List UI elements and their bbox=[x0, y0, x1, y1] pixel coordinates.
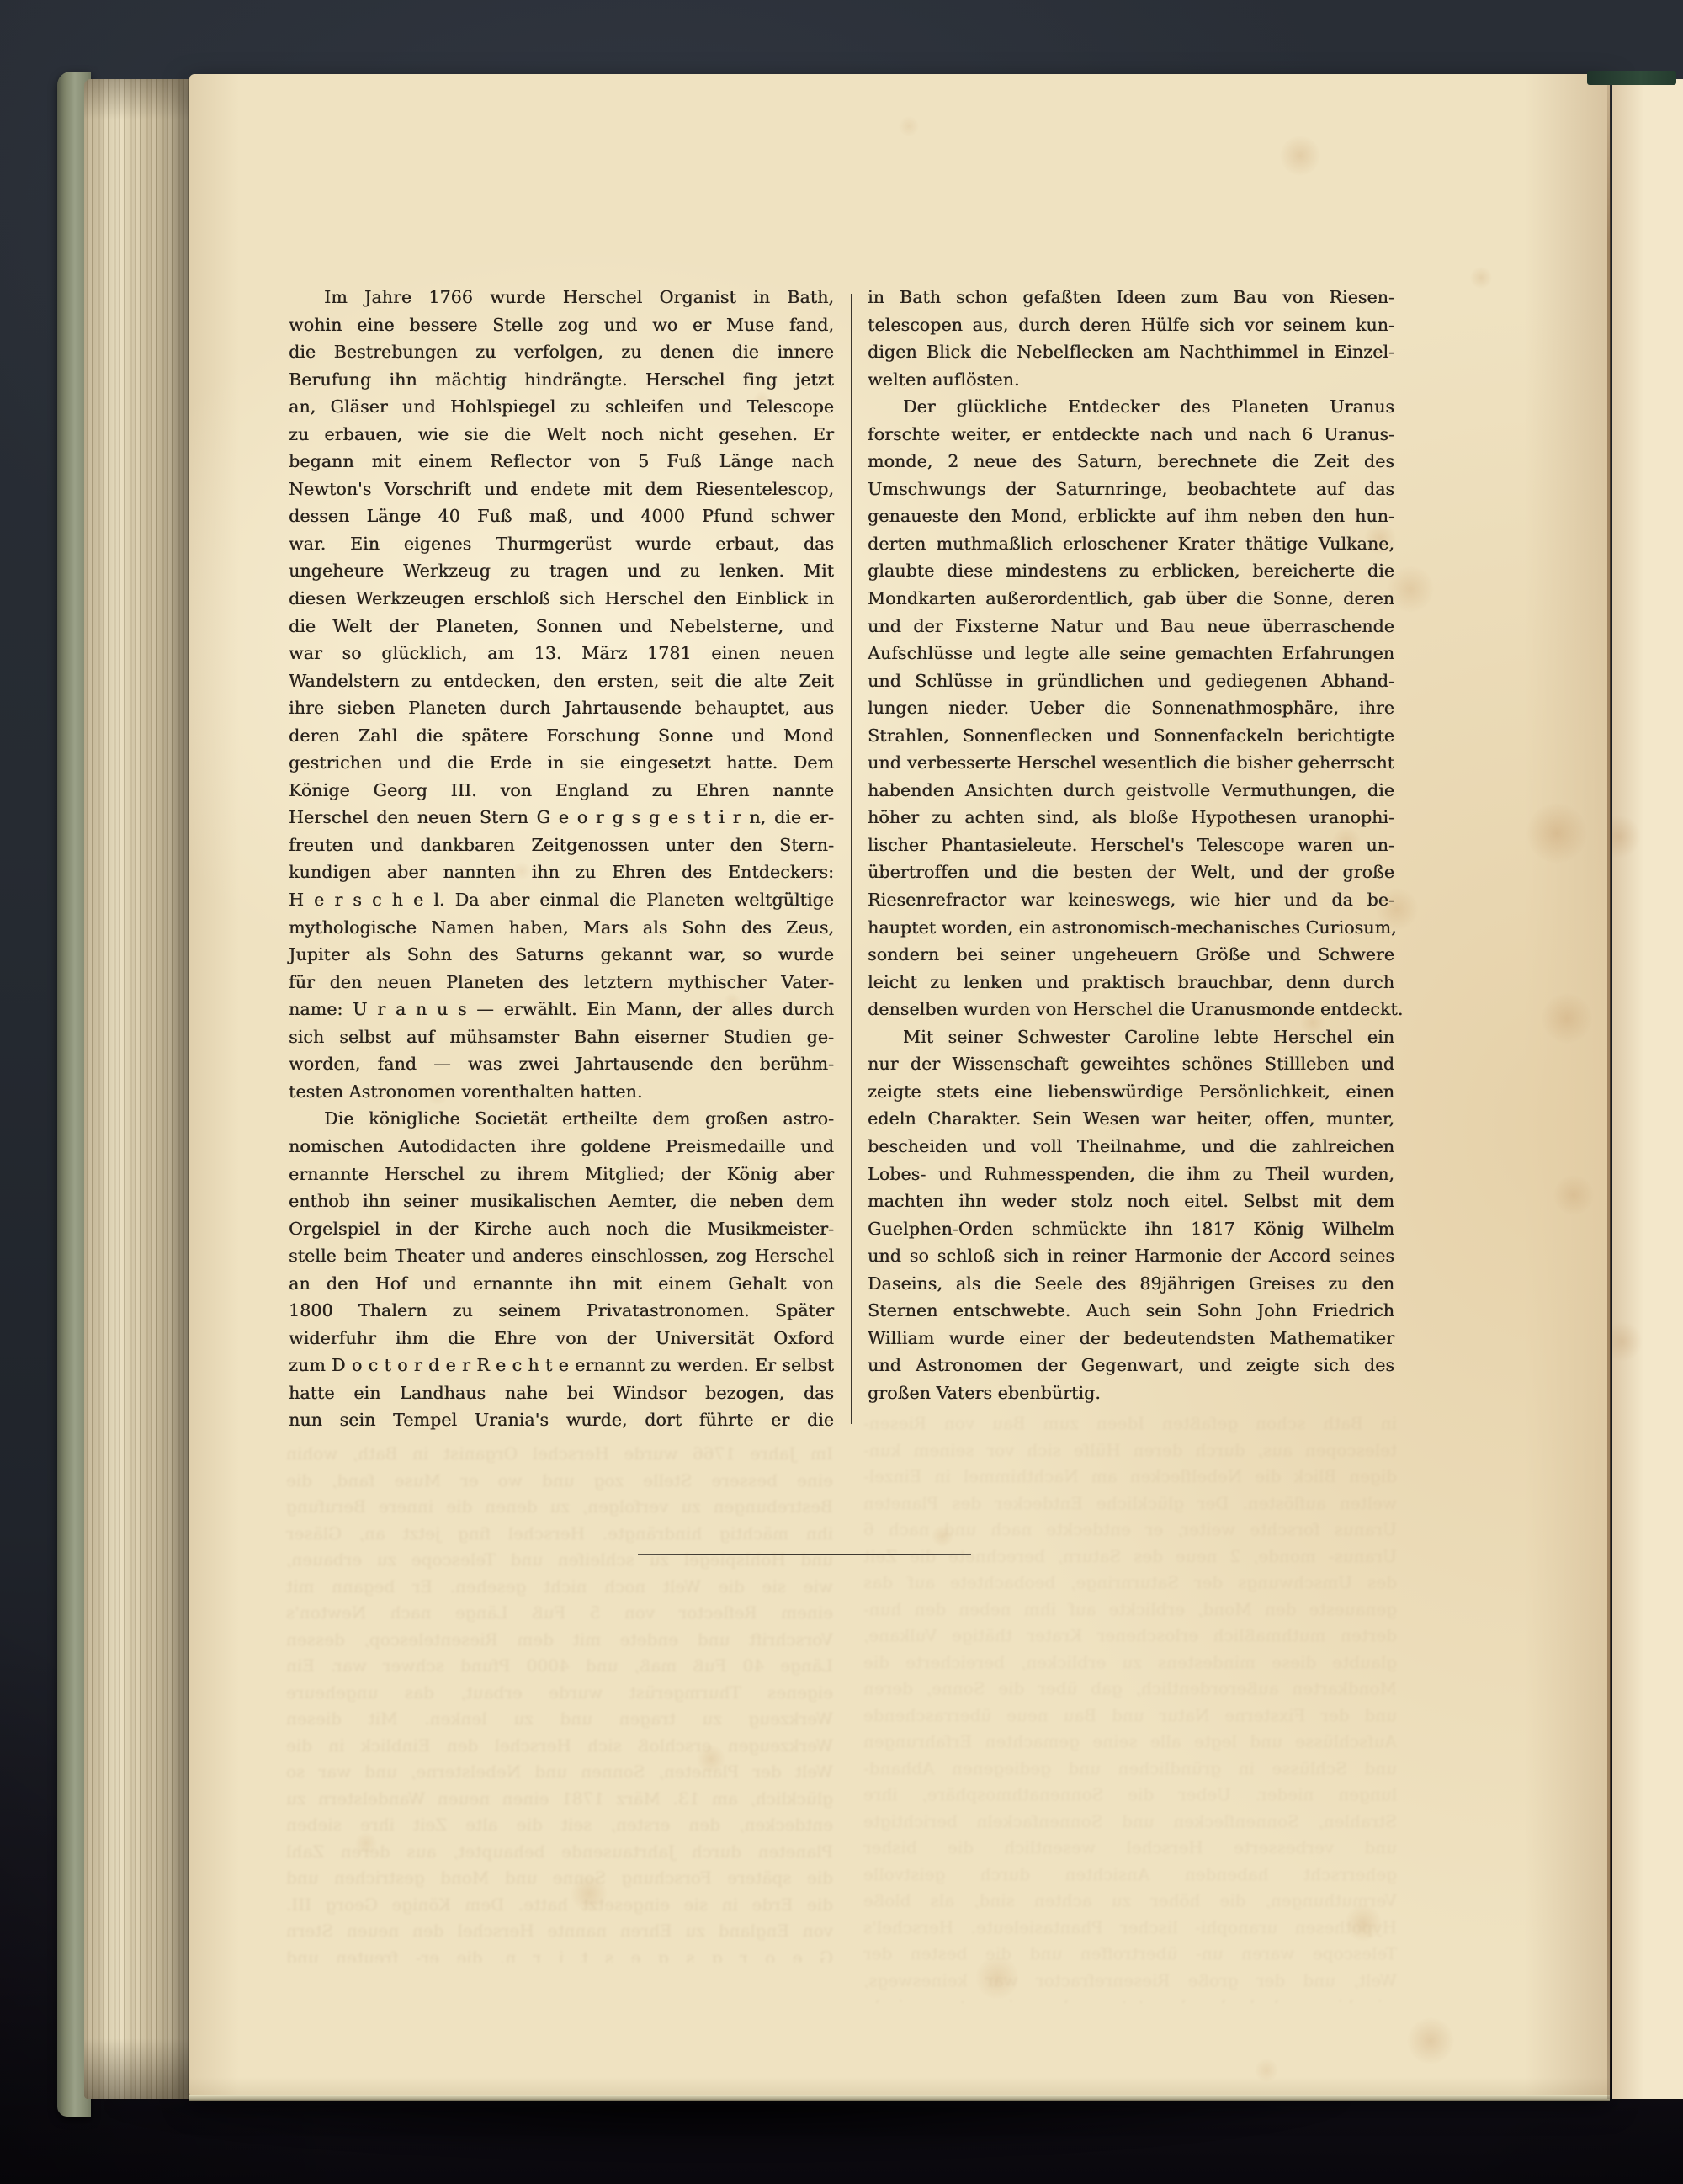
text-line: Wandelstern zu entdecken, den ersten, se… bbox=[289, 667, 834, 695]
text-line: mythologische Namen haben, Mars als Sohn… bbox=[289, 914, 834, 942]
text-line: und Astronomen der Gegenwart, und zeigte… bbox=[868, 1352, 1394, 1379]
text-line: die Bestrebungen zu verfolgen, zu denen … bbox=[289, 338, 834, 366]
text-line: begann mit einem Reflector von 5 Fuß Län… bbox=[289, 448, 834, 476]
text-line: großen Vaters ebenbürtig. bbox=[868, 1379, 1394, 1407]
binding-cloth-glimpse bbox=[1587, 71, 1676, 85]
text-line: leicht zu lenken und praktisch brauchbar… bbox=[868, 969, 1394, 996]
text-line: Daseins, als die Seele des 89jährigen Gr… bbox=[868, 1270, 1394, 1298]
text-line: wohin eine bessere Stelle zog und wo er … bbox=[289, 311, 834, 339]
text-line: Könige Georg III. von England zu Ehren n… bbox=[289, 777, 834, 805]
text-line: derten muthmaßlich erloschener Krater th… bbox=[868, 530, 1394, 558]
text-line: testen Astronomen vorenthalten hatten. bbox=[289, 1078, 834, 1106]
text-line: Mondkarten außerordentlich, gab über die… bbox=[868, 585, 1394, 613]
text-line: und der Fixsterne Natur und Bau neue übe… bbox=[868, 613, 1394, 640]
text-line: Berufung ihn mächtig hindrängte. Hersche… bbox=[289, 366, 834, 394]
text-line: übertroffen und die besten der Welt, und… bbox=[868, 858, 1394, 886]
page-bottom-edge bbox=[189, 2095, 1610, 2101]
text-line: kundigen aber nannten ihn zu Ehren des E… bbox=[289, 858, 834, 886]
text-line: für den neuen Planeten des letztern myth… bbox=[289, 969, 834, 996]
text-line: denselben wurden von Herschel die Uranus… bbox=[868, 996, 1394, 1023]
text-line: Newton's Vorschrift und endete mit dem R… bbox=[289, 476, 834, 503]
text-line: Lobes- und Ruhmesspenden, die ihm zu The… bbox=[868, 1161, 1394, 1188]
text-line: hauptet worden, ein astronomisch-mechani… bbox=[868, 914, 1394, 942]
text-line: Orgelspiel in der Kirche auch noch die M… bbox=[289, 1215, 834, 1243]
text-line: Aufschlüsse und legte alle seine gemacht… bbox=[868, 640, 1394, 667]
text-line: bescheiden und voll Theilnahme, und die … bbox=[868, 1133, 1394, 1161]
text-line: Strahlen, Sonnenflecken und Sonnenfackel… bbox=[868, 722, 1394, 750]
text-line: sich selbst auf mühsamster Bahn eiserner… bbox=[289, 1023, 834, 1051]
text-column-left: Im Jahre 1766 wurde Herschel Organist in… bbox=[289, 284, 834, 1434]
text-line: edeln Charakter. Sein Wesen war heiter, … bbox=[868, 1105, 1394, 1133]
text-line: hatte ein Landhaus nahe bei Windsor bezo… bbox=[289, 1379, 834, 1407]
text-line: war. Ein eigenes Thurmgerüst wurde erbau… bbox=[289, 530, 834, 558]
text-column-right: in Bath schon gefaßten Ideen zum Bau von… bbox=[868, 284, 1394, 1406]
text-line: sondern bei seiner ungeheuern Größe und … bbox=[868, 941, 1394, 969]
text-line: an den Hof und ernannte ihn mit einem Ge… bbox=[289, 1270, 834, 1298]
text-line: genaueste den Mond, erblickte auf ihm ne… bbox=[868, 502, 1394, 530]
text-line: digen Blick die Nebelflecken am Nachthim… bbox=[868, 338, 1394, 366]
text-line: welten auflösten. bbox=[868, 366, 1394, 394]
text-line: machten ihn weder stolz noch eitel. Selb… bbox=[868, 1188, 1394, 1215]
text-line: zu erbauen, wie sie die Welt noch nicht … bbox=[289, 421, 834, 449]
fore-edge-page-stack bbox=[84, 79, 192, 2099]
facing-page-sliver bbox=[1612, 79, 1683, 2099]
text-line: forschte weiter, er entdeckte nach und n… bbox=[868, 421, 1394, 449]
column-divider-rule bbox=[851, 294, 852, 1424]
text-line: Riesenrefractor war keineswegs, wie hier… bbox=[868, 886, 1394, 914]
text-line: enthob ihn seiner musikalischen Aemter, … bbox=[289, 1188, 834, 1215]
text-line: nomischen Autodidacten ihre goldene Prei… bbox=[289, 1133, 834, 1161]
text-line: und verbesserte Herschel wesentlich die … bbox=[868, 749, 1394, 777]
text-line: widerfuhr ihm die Ehre von der Universit… bbox=[289, 1325, 834, 1352]
text-line: höher zu achten sind, als bloße Hypothes… bbox=[868, 804, 1394, 832]
text-line: Die königliche Societät ertheilte dem gr… bbox=[289, 1105, 834, 1133]
section-end-rule bbox=[638, 1554, 971, 1555]
text-line: glaubte diese mindestens zu erblicken, b… bbox=[868, 557, 1394, 585]
text-line: Der glückliche Entdecker des Planeten Ur… bbox=[868, 393, 1394, 421]
text-line: Mit seiner Schwester Caroline lebte Hers… bbox=[868, 1023, 1394, 1051]
text-line: gestrichen und die Erde in sie eingesetz… bbox=[289, 749, 834, 777]
gutter-crease bbox=[1607, 81, 1611, 2099]
text-line: William wurde einer der bedeutendsten Ma… bbox=[868, 1325, 1394, 1352]
text-line: deren Zahl die spätere Forschung Sonne u… bbox=[289, 722, 834, 750]
text-line: ernannte Herschel zu ihrem Mitglied; der… bbox=[289, 1161, 834, 1188]
text-line: monde, 2 neue des Saturn, berechnete die… bbox=[868, 448, 1394, 476]
text-line: name: U r a n u s — erwählt. Ein Mann, d… bbox=[289, 996, 834, 1023]
text-line: zum D o c t o r d e r R e c h t e ernann… bbox=[289, 1352, 834, 1379]
text-line: nur der Wissenschaft geweihtes schönes S… bbox=[868, 1050, 1394, 1078]
text-line: zeigte stets eine liebenswürdige Persönl… bbox=[868, 1078, 1394, 1106]
text-line: habenden Ansichten durch geistvolle Verm… bbox=[868, 777, 1394, 805]
text-line: Umschwungs der Saturnringe, beobachtete … bbox=[868, 476, 1394, 503]
text-line: telescopen aus, durch deren Hülfe sich v… bbox=[868, 311, 1394, 339]
text-line: Guelphen-Orden schmückte ihn 1817 König … bbox=[868, 1215, 1394, 1243]
text-line: ihre sieben Planeten durch Jahrtausende … bbox=[289, 694, 834, 722]
text-line: und so schloß sich in reiner Harmonie de… bbox=[868, 1242, 1394, 1270]
text-line: 1800 Thalern zu seinem Privatastronomen.… bbox=[289, 1297, 834, 1325]
text-line: Sternen entschwebte. Auch sein Sohn John… bbox=[868, 1297, 1394, 1325]
text-line: die Welt der Planeten, Sonnen und Nebels… bbox=[289, 613, 834, 640]
text-line: worden, fand — was zwei Jahrtausende den… bbox=[289, 1050, 834, 1078]
text-line: diesen Werkzeugen erschloß sich Herschel… bbox=[289, 585, 834, 613]
text-line: lischer Phantasieleute. Herschel's Teles… bbox=[868, 832, 1394, 859]
text-line: war so glücklich, am 13. März 1781 einen… bbox=[289, 640, 834, 667]
text-line: und Schlüsse in gründlichen und gediegen… bbox=[868, 667, 1394, 695]
text-line: lungen nieder. Ueber die Sonnenathmosphä… bbox=[868, 694, 1394, 722]
text-line: H e r s c h e l. Da aber einmal die Plan… bbox=[289, 886, 834, 914]
text-line: Im Jahre 1766 wurde Herschel Organist in… bbox=[289, 284, 834, 311]
book-shadow bbox=[109, 2101, 1641, 2176]
text-line: ungeheure Werkzeug zu tragen und zu lenk… bbox=[289, 557, 834, 585]
text-line: nun sein Tempel Urania's wurde, dort füh… bbox=[289, 1406, 834, 1434]
text-line: freuten und dankbaren Zeitgenossen unter… bbox=[289, 832, 834, 859]
text-line: in Bath schon gefaßten Ideen zum Bau von… bbox=[868, 284, 1394, 311]
text-line: Jupiter als Sohn des Saturns gekannt war… bbox=[289, 941, 834, 969]
text-line: dessen Länge 40 Fuß maß, und 4000 Pfund … bbox=[289, 502, 834, 530]
text-line: Herschel den neuen Stern G e o r g s g e… bbox=[289, 804, 834, 832]
text-line: stelle beim Theater und anderes einschlo… bbox=[289, 1242, 834, 1270]
text-line: an, Gläser und Hohlspiegel zu schleifen … bbox=[289, 393, 834, 421]
